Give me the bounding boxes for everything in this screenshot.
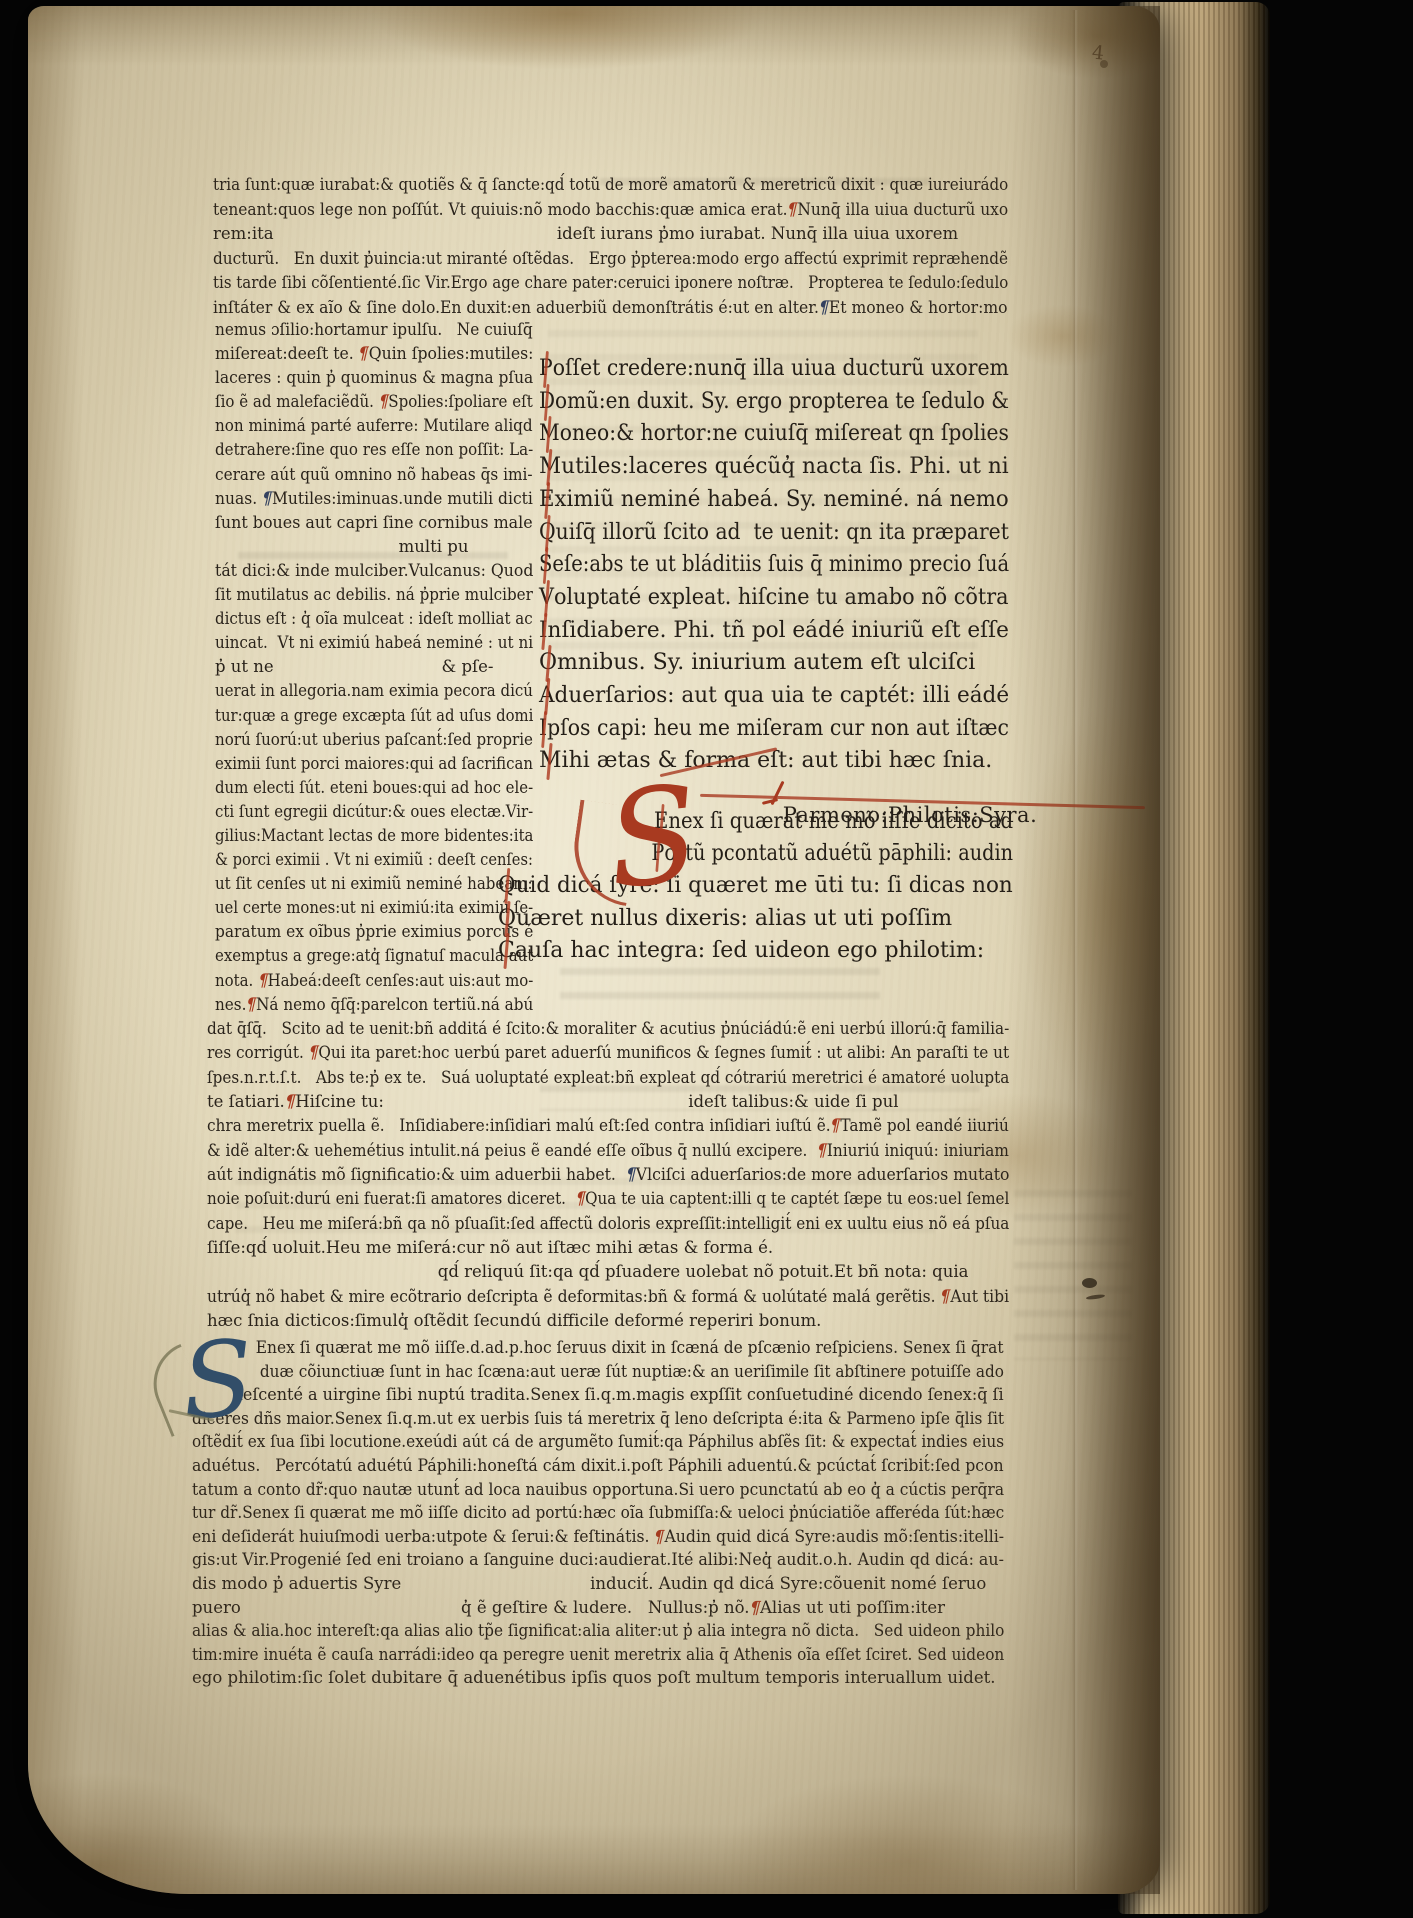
rubricated-initial: S — [539, 549, 552, 582]
pilcrow-red-icon: ¶ — [376, 390, 391, 415]
text-line: rem:ita ideſt iurans p̓mo iurabat. Nunq̄… — [213, 222, 1008, 247]
pilcrow-blue-icon: ¶ — [259, 486, 275, 511]
text-line: non minimá parté auferre: Mutilare aliqd — [215, 414, 507, 438]
text-line: uel certe mones:ut ni eximiú:ita eximiú … — [215, 896, 501, 920]
text-line: cti ſunt egregii dicútur:& oues electæ.V… — [215, 800, 502, 824]
rubricated-initial: I — [539, 615, 548, 648]
text-line: norú ſuorú:ut uberius paſcant́:ſed propr… — [215, 728, 506, 752]
pilcrow-red-icon: ¶ — [573, 1187, 588, 1213]
text-line: gis:ut Vir.Progenié ſed eni troiano a ſa… — [192, 1548, 971, 1572]
text-line: dis modo p̓ aduertis Syre inducit́. Audi… — [192, 1572, 1004, 1596]
text-line: utrúq̓ nõ habet & mire ecõtrario deſcrip… — [207, 1285, 964, 1309]
text-line: exemptus a grege:atq̓ ſignatuſ macula au… — [215, 944, 503, 968]
verse-opening-block: Enex ſi quærat me mõ iiſſe dicito ad Por… — [498, 806, 1013, 967]
text-line: Moneo:& hortor:ne cuiuſq̄ miſereat qn ſp… — [539, 418, 972, 451]
text-line: nes.¶Ná nemo q̄ſq̄:parelcon tertiũ.ná ab… — [215, 993, 508, 1017]
text-line: Mutiles:laceres quécũq̓ nacta ſis. Phi. … — [539, 451, 1001, 484]
text-line: diceres dñs maior.Senex ſi.q.m.ut ex uer… — [192, 1407, 949, 1431]
text-line: tis tarde ſibi cõſentienté.ſic Vir.Ergo … — [213, 271, 935, 296]
text-line: ſit mutilatus ac debilis. ná p̓prie mulc… — [215, 583, 506, 607]
text-line: Domũ:en duxit. Sy. ergo propterea te ſed… — [539, 386, 966, 419]
commentary-top-block: tria ſunt:quæ iurabat:& quotiẽs & q̄ ſan… — [213, 173, 1008, 321]
text-line: gilius:Mactant lectas de more bidentes:i… — [215, 824, 501, 848]
text-line: tatum a conto dr̃:quo nautæ utunt́ ad lo… — [192, 1478, 953, 1502]
text-line: nemus ɔſilio:hortamur ipulſu. Ne cuiuſq̄ — [215, 318, 510, 342]
pilcrow-red-icon: ¶ — [814, 1138, 830, 1164]
text-line: paratum ex oĩbus p̓prie eximius porcus é — [215, 920, 512, 944]
text-line: Enex ſi quærat me mõ iiſſe dicito ad — [498, 806, 958, 838]
text-line: Ipſos capi: heu me miſeram cur non aut i… — [539, 713, 976, 746]
rubricated-initial: M — [539, 418, 560, 451]
pilcrow-red-icon: ¶ — [282, 1089, 299, 1115]
text-line: aduétus. Percótatú aduétú Páphili:honeſt… — [192, 1454, 965, 1478]
text-line: aút indignátis mõ ſignificatio:& uim adu… — [207, 1163, 967, 1187]
text-line: & idẽ alter:& uehemétius intulit.ná peiu… — [207, 1139, 951, 1163]
text-line: nota. ¶Habeá:deeſt cenſes:aut uis:aut mo… — [215, 969, 503, 993]
rubricated-initial: D — [539, 386, 555, 419]
text-line: inſtáter & ex aĩo & ſine dolo.En duxit:e… — [213, 296, 965, 321]
rubric-flourish-icon — [764, 780, 790, 806]
text-line: tur:quæ a grege excæpta ſút ad uſus domi — [215, 704, 501, 728]
text-line: ut ſit cenſes ut ni eximiũ neminé habeam… — [215, 872, 505, 896]
rubricated-initial: Q — [498, 870, 516, 902]
pilcrow-red-icon: ¶ — [746, 1595, 763, 1620]
rubricated-initial: E — [654, 806, 668, 838]
pilcrow-red-icon: ¶ — [938, 1284, 954, 1310]
pilcrow-red-icon: ¶ — [255, 968, 270, 993]
text-line: eni deſiderát huiuſmodi uerba:utpote & ſ… — [192, 1525, 964, 1549]
pilcrow-red-icon: ¶ — [356, 341, 372, 366]
text-line: alias & alia.hoc intereſt:qa alias alio … — [192, 1619, 946, 1643]
text-line: oſtẽdit́ ex ſua ſibi locutione.exeúdi aú… — [192, 1430, 944, 1454]
text-line: tur dr̃.Senex ſi quærat me mõ iiſſe dici… — [192, 1501, 946, 1525]
rubricated-initial: O — [539, 647, 557, 680]
pilcrow-blue-icon: ¶ — [816, 295, 832, 321]
folio-mark: 4 — [1091, 41, 1105, 64]
text-line: eximii ſunt porci maiores:qui ad ſacrifi… — [215, 752, 502, 776]
text-line: p̓ ut ne & pſe- — [215, 655, 533, 679]
text-line: teneant:quos lege non poſſút. Vt quiuis:… — [213, 198, 957, 223]
rubricated-initial: V — [539, 582, 554, 615]
text-line: Eximiũ neminé habeá. Sy. neminé. ná nemo — [539, 484, 994, 517]
text-line: leſcenté a uirgine ſibi nuptú tradita.Se… — [192, 1383, 980, 1407]
text-line: te ſatiari.¶Hiſcine tu: ideſt talibus:& … — [207, 1090, 1009, 1114]
commentary-middle-block: dat q̄ſq̄. Scito ad te uenit:bñ additá é… — [207, 1017, 1009, 1333]
rubricated-initial: P — [651, 838, 664, 870]
text-line: duæ cõiunctiuæ ſunt in hac ſcæna:aut uer… — [192, 1360, 943, 1384]
text-line: ſunt boues aut capri ſine cornibus male — [215, 511, 521, 535]
text-line: Omnibus. Sy. iniurium autem eſt ulciſci — [539, 647, 1009, 680]
pilcrow-red-icon: ¶ — [306, 1041, 322, 1067]
text-line: & porci eximii . Vt ni eximiũ : deeſt ce… — [215, 848, 497, 872]
text-line: Inſidiabere. Phi. tñ pol eádé iniuriũ eſ… — [539, 615, 1000, 648]
text-line: hæc ſnia dicticos:ſimulq̓ oſtẽdit ſecund… — [207, 1309, 1009, 1333]
commentary-bottom-block: Enex ſi quærat me mõ iiſſe.d.ad.p.hoc ſe… — [192, 1336, 1004, 1690]
rubricated-initial: E — [539, 484, 555, 517]
pilcrow-red-icon: ¶ — [244, 992, 259, 1017]
text-line: dum electi ſút. eteni boues:qui ad hoc e… — [215, 776, 502, 800]
text-line: ſiſſe:qd́ uoluit.Heu me miſerá:cur nõ au… — [207, 1236, 1009, 1260]
text-line: Quid dicá ſyre: ſi quæret me ūti tu: ſi … — [498, 870, 1001, 902]
text-line: Voluptaté expleat. hiſcine tu amabo nõ c… — [539, 582, 983, 615]
pilcrow-red-icon: ¶ — [785, 197, 801, 223]
text-line: Aduerſarios: aut qua uia te captét: illi… — [539, 680, 999, 713]
text-line: ſio ẽ ad malefaciẽdũ. ¶Spolies:ſpoliare … — [215, 390, 505, 414]
text-line: miſereat:deeſt te. ¶Quin ſpolies:mutiles… — [215, 342, 517, 366]
text-line: nuas. ¶Mutiles:iminuas.unde mutili dicti — [215, 487, 514, 511]
text-line: Seſe:abs te ut bláditiis ſuis q̄ minimo … — [539, 549, 957, 582]
text-line: detrahere:ſine quo res eſſe non poſſit: … — [215, 438, 506, 462]
text-line: ducturũ. En duxit p̓uincia:ut miranté oſ… — [213, 247, 950, 272]
text-line: ſpes.n.r.t.ſ.t. Abs te:p̓ ex te. Suá uol… — [207, 1066, 946, 1090]
pilcrow-blue-icon: ¶ — [623, 1162, 639, 1188]
text-line: Poſſet credere:nunq̄ illa uiua ducturũ u… — [539, 353, 975, 386]
rubricated-initial: P — [539, 353, 553, 386]
text-line: laceres : quin p̓ quominus & magna pſua — [215, 366, 512, 390]
rubricated-initial: M — [539, 745, 562, 778]
verse-text-column: Poſſet credere:nunq̄ illa uiua ducturũ u… — [539, 353, 1009, 778]
text-line: Quæret nullus dixeris: alias ut uti poſſ… — [498, 903, 1013, 935]
text-line: puero q̓ ẽ geſtire & ludere. Nullus:p̓ n… — [192, 1596, 1004, 1620]
text-line: Enex ſi quærat me mõ iiſſe.d.ad.p.hoc ſe… — [192, 1336, 952, 1360]
text-line: dictus eſt : q̓ oĩa mulceat : ideſt moll… — [215, 607, 504, 631]
rubricated-initial: M — [539, 451, 561, 484]
text-line: Cauſa hac integra: ſed uideon ego philot… — [498, 935, 1013, 967]
incunabulum-scan: 4 tria ſunt:quæ iurabat:& quotiẽs & q̄ ſ… — [0, 0, 1413, 1918]
text-line: uincat. Vt ni eximiú habeá neminé : ut n… — [215, 631, 507, 655]
text-line: Quiſq̄ illorũ ſcito ad te uenit: qn ita … — [539, 517, 973, 550]
text-line: uerat in allegoria.nam eximia pecora dic… — [215, 679, 504, 703]
pilcrow-red-icon: ¶ — [828, 1114, 844, 1140]
text-line: qd́ reliquú ſit:qa qd́ pſuadere uolebat … — [207, 1260, 1009, 1284]
rubricated-initial: Q — [539, 517, 556, 550]
pilcrow-red-icon: ¶ — [652, 1524, 668, 1549]
rubricated-initial: Q — [498, 903, 516, 935]
page-crease — [1072, 10, 1078, 1890]
text-line: tát dici:& inde mulciber.Vulcanus: Quod — [215, 559, 518, 583]
text-line: ego philotim:ſic ſolet dubitare q̄ aduen… — [192, 1666, 1004, 1690]
commentary-left-column: nemus ɔſilio:hortamur ipulſu. Ne cuiuſq̄… — [215, 318, 533, 1017]
rubricated-initial: A — [539, 680, 555, 713]
text-line: chra meretrix puella ẽ. Inſidiabere:inſi… — [207, 1114, 950, 1138]
text-line: tria ſunt:quæ iurabat:& quotiẽs & q̄ ſan… — [213, 173, 941, 198]
text-line: cerare aút quũ omnino nõ habeas q̄s imi- — [215, 463, 510, 487]
text-line: noie poſuit:durú eni fuerat:ſi amatores … — [207, 1187, 941, 1211]
text-line: tim:mire inuéta ẽ cauſa narrádi:ideo qa … — [192, 1643, 946, 1667]
text-line: cape. Heu me miſerá:bñ qa nõ pſuaſit:ſed… — [207, 1212, 945, 1236]
text-line: res corrigút. ¶Qui ita paret:hoc uerbú p… — [207, 1041, 949, 1065]
text-line: multi pu — [215, 535, 533, 559]
rubricated-initial: C — [498, 935, 515, 967]
rubricated-initial: I — [539, 713, 547, 746]
text-line: Mihi ætas & forma eſt: aut tibi hæc ſnia… — [539, 745, 1009, 778]
text-line: dat q̄ſq̄. Scito ad te uenit:bñ additá é… — [207, 1017, 949, 1041]
text-line: Portũ pcontatũ aduétũ pāphili: audin — [498, 838, 950, 870]
